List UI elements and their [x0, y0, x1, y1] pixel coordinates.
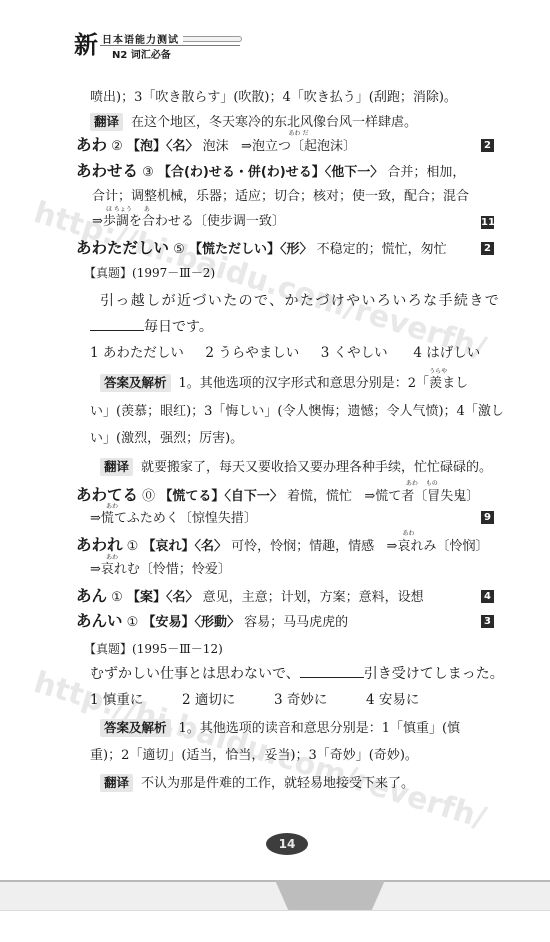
exam-source: 【真题】(1997－Ⅲ－2) — [84, 264, 215, 282]
dictionary-entry: あわただしい ⑤ 【慌ただしい】〈形〉 不稳定的；慌忙，匆忙 — [76, 238, 447, 260]
kanji-form: 【案】 — [127, 590, 166, 605]
accent-mark: ③ — [142, 165, 154, 180]
meaning: 泡沫 — [203, 139, 229, 154]
dictionary-entry: あんい ① 【安易】〈形動〉 容易；马马虎虎的 — [76, 611, 348, 633]
frequency-badge: 9 — [481, 511, 494, 524]
dictionary-entry: あわ ② 【泡】〈名〉 泡沫 あわ だ⇒泡立つ〔起泡沫〕 — [76, 135, 356, 157]
headword: あん — [76, 587, 107, 605]
accent-mark: ⓪ — [142, 489, 155, 504]
answer-explanation: い」(激烈，强烈；厉害)。 — [90, 430, 243, 448]
part-of-speech: 〈名〉 — [166, 590, 199, 605]
answer-blank — [90, 318, 144, 331]
frequency-badge: 3 — [481, 615, 494, 628]
dictionary-entry: あわせる ③ 【合(わ)せる・併(わ)せる】〈他下一〉 合并；相加， — [76, 161, 465, 183]
header-rule-decoration — [183, 36, 242, 42]
page-edge-band — [0, 882, 550, 911]
book-subtitle: N2 词汇必备 — [112, 46, 171, 61]
exam-question: むずかしい仕事とは思わないで、引き受けてしまった。 — [90, 665, 504, 683]
kanji-form: 【合(わ)せる・併(わ)せる】 — [158, 165, 325, 180]
kanji-form: 【哀れ】 — [142, 539, 194, 554]
kanji-form: 【慌ただしい】 — [189, 242, 280, 257]
derivative: あわ だ⇒泡立つ〔起泡沫〕 — [241, 137, 356, 157]
answer-label: 答案及解析 — [100, 719, 171, 737]
headword: あわただしい — [76, 239, 169, 257]
exam-source: 【真题】(1995－Ⅲ－12) — [84, 640, 223, 658]
page-number: 14 — [266, 833, 308, 855]
bottom-decoration — [275, 880, 385, 910]
answer-explanation: 答案及解析1。其他选项的读音和意思分别是：1「慎重」(慎 — [100, 719, 460, 738]
meaning: 容易；马马虎虎的 — [244, 615, 348, 630]
frequency-badge: 4 — [481, 590, 494, 603]
answer-explanation: 重)；2「適切」(适当，恰当，妥当)；3「奇妙」(奇妙)。 — [90, 747, 418, 765]
derivative: あわ⇒慌てふためく〔惊惶失措〕 — [90, 510, 257, 528]
part-of-speech: 〈形動〉 — [194, 615, 240, 630]
accent-mark: ① — [111, 590, 123, 605]
meaning: 着慌，慌忙 — [287, 489, 352, 504]
exam-options: 1 慎重に 2 適切に 3 奇妙に 4 安易に — [90, 691, 419, 709]
meaning: 合并；相加， — [387, 165, 465, 180]
meaning-continuation: 合计；调整机械，乐器；适应；切合；核对；使一致，配合；混合 — [92, 188, 469, 206]
accent-mark: ② — [111, 139, 123, 154]
exam-options: 1 あわただしい 2 うらやましい 3 くやしい 4 はげしい — [90, 344, 480, 362]
frequency-badge: 2 — [481, 242, 494, 255]
accent-mark: ⑤ — [173, 242, 185, 257]
book-series-char: 新 — [74, 32, 98, 58]
part-of-speech: 〈名〉 — [194, 539, 227, 554]
derivative: ほ ちょう あ⇒歩調を合わせる〔使步调一致〕 — [92, 213, 285, 231]
kanji-form: 【慌てる】 — [159, 489, 224, 504]
derivative: あわ⇒哀れむ〔怜惜；怜爱〕 — [90, 561, 231, 579]
kanji-form: 【泡】 — [127, 139, 166, 154]
translation-label: 翻译 — [100, 774, 133, 792]
continuation-text: 喷出)；3「吹き散らす」(吹散)；4「吹き払う」(刮跑；消除)。 — [90, 89, 457, 107]
translation-label: 翻译 — [90, 113, 123, 131]
derivative: あわ⇒哀れみ〔怜悯〕 — [387, 537, 489, 557]
answer-label: 答案及解析 — [100, 374, 171, 392]
part-of-speech: 〈形〉 — [280, 242, 313, 257]
accent-mark: ① — [127, 615, 139, 630]
kanji-form: 【安易】 — [142, 615, 194, 630]
meaning: 不稳定的；慌忙，匆忙 — [317, 242, 447, 257]
translation-line: 翻译就要搬家了，每天又要收拾又要办理各种手续，忙忙碌碌的。 — [100, 458, 492, 477]
part-of-speech: 〈自下一〉 — [224, 489, 283, 504]
frequency-badge: 11 — [481, 216, 494, 229]
book-title: 日本语能力测试 • — [102, 31, 191, 46]
meaning: 意见，主意；计划，方案；意料，设想 — [203, 590, 424, 605]
translation-line: 翻译不认为那是件难的工作，就轻易地接受下来了。 — [100, 774, 414, 793]
exam-question: 毎日です。 — [90, 318, 213, 336]
answer-explanation: 答案及解析1。其他选项的汉字形式和意思分别是：2「うらや羨まし — [100, 374, 468, 393]
headword: あわせる — [76, 162, 138, 180]
part-of-speech: 〈名〉 — [166, 139, 199, 154]
answer-blank — [300, 665, 364, 678]
headword: あわてる — [76, 486, 138, 504]
frequency-badge: 2 — [481, 139, 494, 152]
derivative: あわ もの⇒慌て者〔冒失鬼〕 — [364, 487, 479, 507]
meaning: 可怜，怜悯；情趣，情感 — [231, 539, 374, 554]
dictionary-entry: あん ① 【案】〈名〉 意见，主意；计划，方案；意料，设想 — [76, 586, 424, 608]
accent-mark: ① — [127, 539, 139, 554]
part-of-speech: 〈他下一〉 — [325, 165, 384, 180]
exam-question: 引っ越しが近づいたので、かたづけやいろいろな手続きで — [100, 292, 500, 310]
headword: あんい — [76, 612, 123, 630]
translation-label: 翻译 — [100, 458, 133, 476]
headword: あわ — [76, 136, 107, 154]
headword: あわれ — [76, 536, 123, 554]
answer-explanation: い」(羡慕；眼红)；3「悔しい」(令人懊悔；遗憾；令人气愤)；4「激し — [90, 403, 504, 421]
